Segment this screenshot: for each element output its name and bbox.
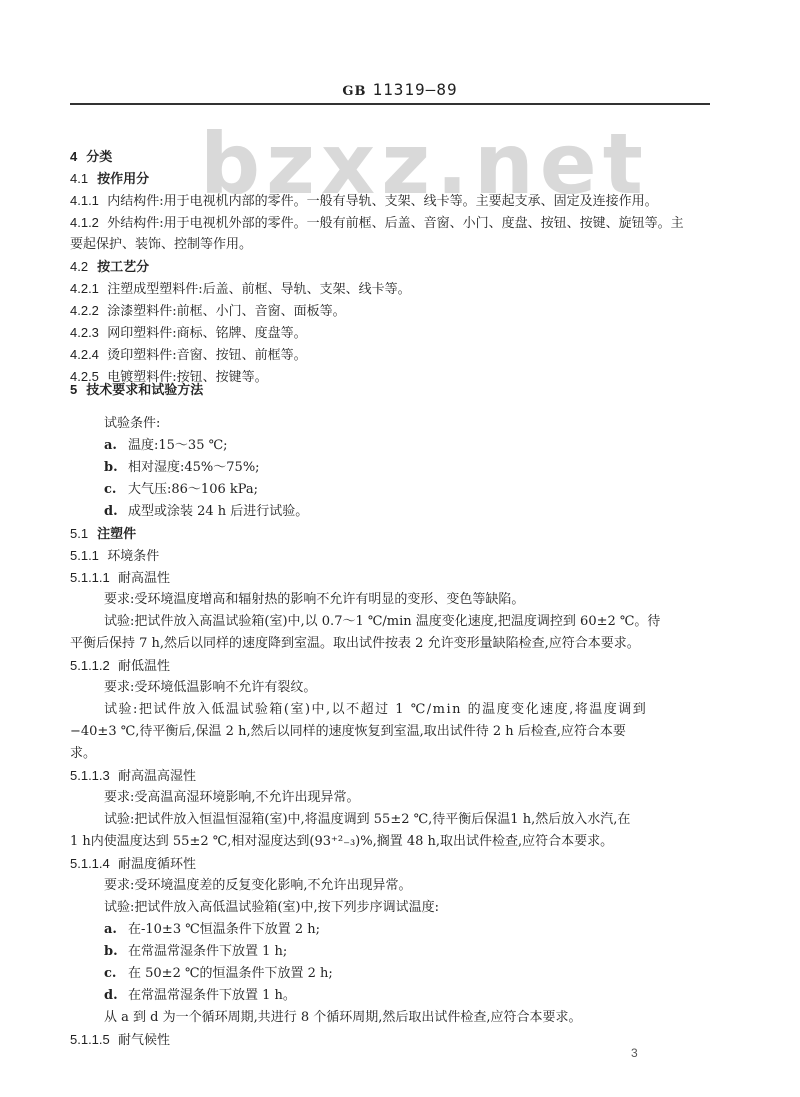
- clause-5-1-1-2-test-line1: 试验:把试件放入低温试验箱(室)中,以不超过 1 ℃/min 的温度变化速度,将…: [104, 701, 647, 719]
- section-5-1-1-5-heading: 5.1.1.5 耐气候性: [70, 1031, 170, 1050]
- header-rule: [70, 103, 710, 105]
- clause-5-1-1-2-requirement: 要求:受环境低温影响不允许有裂纹。: [104, 679, 316, 697]
- section-5-1-heading: 5.1 注塑件: [70, 525, 136, 544]
- standard-prefix: GB: [342, 84, 366, 99]
- clause-5-1-1-2-test-line2: −40±3 ℃,待平衡后,保温 2 h,然后以同样的速度恢复到室温,取出试件待 …: [70, 723, 626, 741]
- test-condition-b: b.相对湿度:45%～75%;: [104, 459, 260, 477]
- clause-4-1-2-cont: 要起保护、装饰、控制等作用。: [70, 236, 252, 254]
- test-condition-c: c.大气压:86～106 kPa;: [104, 481, 258, 499]
- clause-4-1-1: 4.1.1 内结构件:用于电视机内部的零件。一般有导轨、支架、线卡等。主要起支承…: [70, 192, 658, 211]
- clause-5-1-1-4-requirement: 要求:受环境温度差的反复变化影响,不允许出现异常。: [104, 877, 412, 895]
- section-5-1-1-2-heading: 5.1.1.2 耐低温性: [70, 657, 170, 676]
- section-5-1-1-heading: 5.1.1 环境条件: [70, 547, 159, 566]
- document-page: bzxz.net GB11319—89 4 分类 4.1 按作用分 4.1.1 …: [0, 0, 800, 1097]
- clause-5-1-1-3-test-line1: 试验:把试件放入恒温恒湿箱(室)中,将温度调到 55±2 ℃,待平衡后保温1 h…: [104, 811, 630, 829]
- cycle-step-a: a.在-10±3 ℃恒温条件下放置 2 h;: [104, 921, 320, 939]
- section-5-1-1-4-heading: 5.1.1.4 耐温度循环性: [70, 855, 196, 874]
- section-4-1-heading: 4.1 按作用分: [70, 170, 149, 189]
- test-condition-d: d.成型或涂装 24 h 后进行试验。: [104, 503, 308, 521]
- section-4-heading: 4 分类: [70, 148, 112, 167]
- clause-5-1-1-4-test: 试验:把试件放入高低温试验箱(室)中,按下列步序调试温度:: [104, 899, 439, 917]
- page-header: GB11319—89: [0, 80, 800, 99]
- standard-code: 11319—89: [373, 80, 458, 99]
- clause-4-2-1: 4.2.1 注塑成型塑料件:后盖、前框、导轨、支架、线卡等。: [70, 280, 411, 299]
- test-conditions-intro: 试验条件:: [104, 415, 160, 433]
- clause-4-2-2: 4.2.2 涂漆塑料件:前框、小门、音窗、面板等。: [70, 302, 346, 321]
- cycle-step-c: c.在 50±2 ℃的恒温条件下放置 2 h;: [104, 965, 333, 983]
- section-5-1-1-3-heading: 5.1.1.3 耐高温高湿性: [70, 767, 196, 786]
- page-number: 3: [631, 1046, 638, 1060]
- clause-5-1-1-1-test-line2: 平衡后保持 7 h,然后以同样的速度降到室温。取出试件按表 2 允许变形量缺陷检…: [70, 635, 640, 653]
- clause-5-1-1-1-test-line1: 试验:把试件放入高温试验箱(室)中,以 0.7～1 ℃/min 温度变化速度,把…: [104, 613, 660, 631]
- clause-5-1-1-1-requirement: 要求:受环境温度增高和辐射热的影响不允许有明显的变形、变色等缺陷。: [104, 591, 524, 609]
- clause-4-2-4: 4.2.4 烫印塑料件:音窗、按钮、前框等。: [70, 346, 307, 365]
- section-5-1-1-1-heading: 5.1.1.1 耐高温性: [70, 569, 170, 588]
- cycle-step-d: d.在常温常湿条件下放置 1 h。: [104, 987, 296, 1005]
- clause-5-1-1-3-requirement: 要求:受高温高湿环境影响,不允许出现异常。: [104, 789, 360, 807]
- clause-4-1-2: 4.1.2 外结构件:用于电视机外部的零件。一般有前框、后盖、音窗、小门、度盘、…: [70, 214, 684, 233]
- section-5-heading: 5 技术要求和试验方法: [70, 381, 203, 400]
- clause-4-2-3: 4.2.3 网印塑料件:商标、铭牌、度盘等。: [70, 324, 307, 343]
- section-4-2-heading: 4.2 按工艺分: [70, 258, 149, 277]
- cycle-step-b: b.在常温常湿条件下放置 1 h;: [104, 943, 287, 961]
- clause-5-1-1-2-test-line3: 求。: [70, 745, 96, 763]
- test-condition-a: a.温度:15～35 ℃;: [104, 437, 228, 455]
- clause-5-1-1-3-test-line2: 1 h内使温度达到 55±2 ℃,相对湿度达到(93⁺²₋₃)%,搁置 48 h…: [70, 833, 613, 851]
- clause-5-1-1-4-summary: 从 a 到 d 为一个循环周期,共进行 8 个循环周期,然后取出试件检查,应符合…: [104, 1009, 582, 1027]
